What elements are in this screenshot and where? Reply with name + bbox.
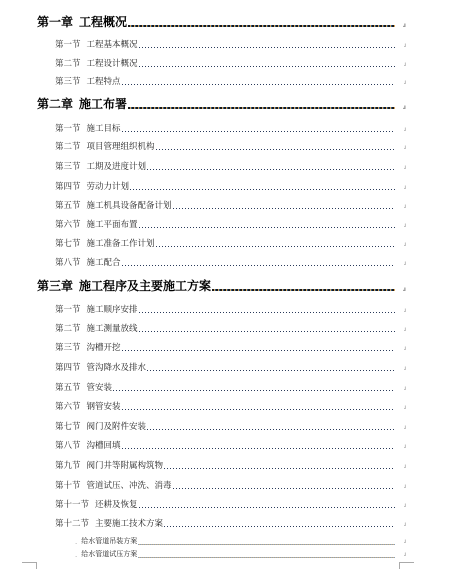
paragraph-mark-icon: .ı: [403, 144, 405, 151]
section-number: 第五节: [55, 381, 81, 393]
toc-section[interactable]: 第七节 施工准备工作计划 .ı: [55, 237, 397, 249]
dot-leader: [139, 47, 395, 48]
toc-section[interactable]: 第二节 项目管理组织机构 .ı: [55, 140, 397, 152]
toc-section[interactable]: 第二节 施工测量放线 .ı: [55, 322, 397, 334]
chapter-title: 施工布署: [79, 95, 127, 112]
chapter-number: 第三章: [37, 277, 73, 294]
dot-leader: [147, 169, 395, 170]
dot-leader: [139, 312, 395, 313]
section-number: 第七节: [55, 420, 81, 432]
toc-section[interactable]: 第六节 施工平面布置 .ı: [55, 218, 397, 230]
paragraph-mark-icon: .ı: [403, 260, 405, 267]
section-number: 第一节: [55, 122, 81, 134]
paragraph-mark-icon: .ı: [403, 307, 405, 314]
paragraph-mark-icon: .ı: [403, 443, 405, 450]
section-title: 工程基本概况: [87, 38, 138, 50]
section-title: 施工目标: [87, 122, 121, 134]
toc-section[interactable]: 第一节 施工目标 .ı: [55, 122, 397, 134]
section-number: 第一节: [55, 38, 81, 50]
section-number: 第八节: [55, 256, 81, 268]
section-title: 施工配合: [87, 256, 121, 268]
toc-chapter-3[interactable]: 第三章 施工程序及主要施工方案 .ı: [37, 278, 397, 294]
section-number: 第三节: [55, 75, 81, 87]
section-title: 还耕及恢复: [95, 498, 138, 510]
section-title: 阀门井等附属构筑物: [87, 459, 164, 471]
section-title: 主要施工技术方案: [95, 517, 163, 529]
section-title: 工程设计概况: [87, 57, 138, 69]
paragraph-mark-icon: .ı: [403, 538, 405, 545]
section-title: 施工平面布置: [87, 218, 138, 230]
section-title: 管沟降水及排水: [87, 361, 147, 373]
section-number: 第十二节: [55, 517, 89, 529]
toc-section[interactable]: 第九节 阀门井等附属构筑物 .ı: [55, 459, 397, 471]
toc-section[interactable]: 第七节 阀门及附件安装 .ı: [55, 420, 397, 432]
dot-leader: [128, 25, 395, 27]
paragraph-mark-icon: .ı: [403, 22, 405, 29]
toc-section[interactable]: 第一节 工程基本概况 .ı: [55, 38, 397, 50]
page-corner-mark-bottom-right: [399, 562, 414, 569]
section-title: 阀门及附件安装: [87, 420, 147, 432]
section-number: 第十一节: [55, 498, 89, 510]
subsection-title: 给水管道试压方案: [81, 549, 137, 559]
section-number: 第七节: [55, 237, 81, 249]
paragraph-mark-icon: .ı: [403, 286, 405, 293]
section-number: 第四节: [55, 361, 81, 373]
section-number: 第一节: [55, 303, 81, 315]
section-number: 第四节: [55, 180, 81, 192]
dot-leader: [147, 370, 395, 371]
paragraph-mark-icon: .ı: [403, 61, 405, 68]
section-number: 第十节: [55, 479, 81, 491]
toc-section[interactable]: 第一节 施工顺序安排 .ı: [55, 303, 397, 315]
section-title: 施工顺序安排: [87, 303, 138, 315]
section-number: 第六节: [55, 218, 81, 230]
dot-leader: [173, 208, 395, 209]
bullet-icon: .: [75, 538, 77, 546]
section-number: 第二节: [55, 322, 81, 334]
section-title: 管安装: [87, 381, 113, 393]
dot-leader: [173, 488, 395, 489]
paragraph-mark-icon: .ı: [403, 104, 405, 111]
chapter-title: 施工程序及主要施工方案: [79, 277, 211, 294]
paragraph-mark-icon: .ı: [403, 463, 405, 470]
toc-chapter-2[interactable]: 第二章 施工布署 .ı: [37, 96, 397, 112]
section-title: 工期及进度计划: [87, 160, 147, 172]
section-title: 施工测量放线: [87, 322, 138, 334]
dot-leader: [122, 350, 395, 351]
paragraph-mark-icon: .ı: [403, 365, 405, 372]
section-number: 第五节: [55, 199, 81, 211]
paragraph-mark-icon: .ı: [403, 483, 405, 490]
subsection-title: 给水管道吊装方案: [81, 536, 137, 546]
bullet-icon: .: [75, 551, 77, 559]
dot-leader: [147, 429, 395, 430]
paragraph-mark-icon: .ı: [403, 79, 405, 86]
toc-section[interactable]: 第三节 工期及进度计划 .ı: [55, 160, 397, 172]
dot-leader: [122, 409, 395, 410]
section-title: 沟槽回填: [87, 439, 121, 451]
paragraph-mark-icon: .ı: [403, 404, 405, 411]
dot-leader: [122, 448, 395, 449]
toc-chapter-1[interactable]: 第一章 工程概况 .ı: [37, 14, 397, 30]
paragraph-mark-icon: .ı: [403, 42, 405, 49]
toc-section[interactable]: 第五节 施工机具设备配备计划 .ı: [55, 199, 397, 211]
dot-leader: [122, 84, 395, 85]
paragraph-mark-icon: .ı: [403, 184, 405, 191]
section-title: 劳动力计划: [87, 180, 130, 192]
section-title: 项目管理组织机构: [87, 140, 155, 152]
dot-leader: [164, 468, 395, 469]
toc-section[interactable]: 第四节 管沟降水及排水 .ı: [55, 361, 397, 373]
toc-subsection[interactable]: . 给水管道吊装方案 .ı: [75, 536, 397, 546]
section-number: 第二节: [55, 140, 81, 152]
section-number: 第二节: [55, 57, 81, 69]
section-title: 施工准备工作计划: [87, 237, 155, 249]
section-number: 第三节: [55, 160, 81, 172]
toc-section[interactable]: 第十节 管道试压、冲洗、消毒 .ı: [55, 479, 397, 491]
dot-leader: [164, 526, 395, 527]
dot-leader: [139, 66, 395, 67]
paragraph-mark-icon: .ı: [403, 326, 405, 333]
paragraph-mark-icon: .ı: [403, 502, 405, 509]
toc-subsection[interactable]: . 给水管道试压方案 .ı: [75, 549, 397, 559]
toc-section[interactable]: 第十二节 主要施工技术方案 .ı: [55, 517, 397, 529]
paragraph-mark-icon: .ı: [403, 521, 405, 528]
chapter-title: 工程概况: [79, 13, 127, 30]
paragraph-mark-icon: .ı: [403, 385, 405, 392]
paragraph-mark-icon: .ı: [403, 126, 405, 133]
toc-section[interactable]: 第十一节 还耕及恢复 .ı: [55, 498, 397, 510]
chapter-number: 第一章: [37, 13, 73, 30]
chapter-number: 第二章: [37, 95, 73, 112]
dot-leader: [212, 289, 395, 291]
paragraph-mark-icon: .ı: [403, 222, 405, 229]
page-corner-mark-bottom-left: [22, 562, 37, 569]
toc-section[interactable]: 第八节 施工配合 .ı: [55, 256, 397, 268]
toc-section[interactable]: 第三节 沟槽开挖 .ı: [55, 341, 397, 353]
dot-leader: [156, 149, 395, 150]
dot-leader: [139, 331, 395, 332]
dot-leader: [122, 131, 395, 132]
section-number: 第九节: [55, 459, 81, 471]
section-title: 工程特点: [87, 75, 121, 87]
dot-leader: [122, 265, 395, 266]
dot-leader: [139, 227, 395, 228]
toc-section[interactable]: 第四节 劳动力计划 .ı: [55, 180, 397, 192]
toc-section[interactable]: 第八节 沟槽回填 .ı: [55, 439, 397, 451]
toc-section[interactable]: 第二节 工程设计概况 .ı: [55, 57, 397, 69]
section-number: 第八节: [55, 439, 81, 451]
paragraph-mark-icon: .ı: [403, 345, 405, 352]
dot-leader: [113, 390, 395, 391]
section-number: 第三节: [55, 341, 81, 353]
toc-section[interactable]: 第六节 钢管安装 .ı: [55, 400, 397, 412]
section-title: 沟槽开挖: [87, 341, 121, 353]
dot-leader: [139, 507, 395, 508]
section-number: 第六节: [55, 400, 81, 412]
paragraph-mark-icon: .ı: [403, 164, 405, 171]
dot-leader: [156, 246, 395, 247]
paragraph-mark-icon: .ı: [403, 551, 405, 558]
dot-leader: [128, 107, 395, 109]
paragraph-mark-icon: .ı: [403, 424, 405, 431]
section-title: 施工机具设备配备计划: [87, 199, 172, 211]
section-title: 钢管安装: [87, 400, 121, 412]
dot-leader: [138, 557, 395, 558]
section-title: 管道试压、冲洗、消毒: [87, 479, 172, 491]
toc-section[interactable]: 第五节 管安装 .ı: [55, 381, 397, 393]
dot-leader: [130, 189, 395, 190]
dot-leader: [138, 544, 395, 545]
toc-section[interactable]: 第三节 工程特点 .ı: [55, 75, 397, 87]
paragraph-mark-icon: .ı: [403, 203, 405, 210]
paragraph-mark-icon: .ı: [403, 241, 405, 248]
